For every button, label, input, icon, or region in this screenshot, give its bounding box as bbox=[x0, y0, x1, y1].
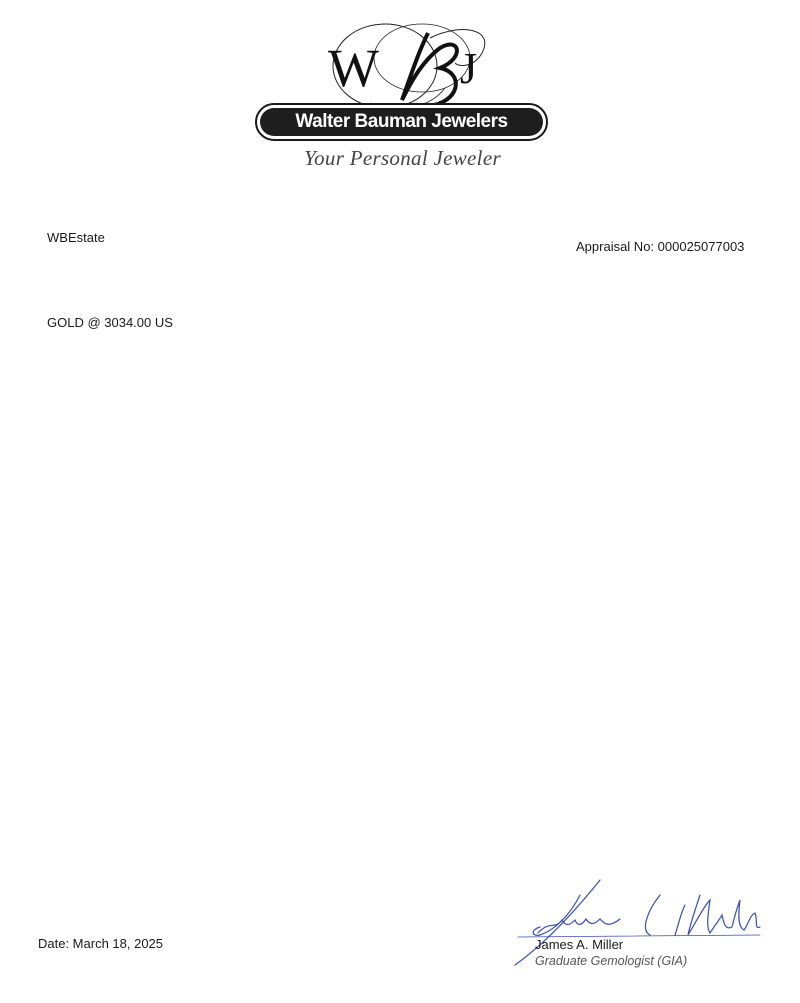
company-logo: W J Walter Bauman Jewelers Your Personal… bbox=[250, 10, 555, 180]
account-name: WBEstate bbox=[47, 230, 105, 245]
company-tagline: Your Personal Jeweler bbox=[250, 146, 555, 171]
signer-title: Graduate Gemologist (GIA) bbox=[535, 954, 687, 968]
wbj-monogram-icon: W J bbox=[310, 18, 500, 113]
company-name-banner: Walter Bauman Jewelers bbox=[255, 103, 548, 141]
svg-text:J: J bbox=[460, 44, 477, 93]
company-name: Walter Bauman Jewelers bbox=[295, 111, 507, 133]
gold-price: GOLD @ 3034.00 US bbox=[47, 315, 173, 330]
signer-name: James A. Miller bbox=[535, 937, 623, 952]
appraisal-number: Appraisal No: 000025077003 bbox=[576, 239, 744, 254]
svg-text:W: W bbox=[328, 38, 379, 98]
appraisal-date: Date: March 18, 2025 bbox=[38, 936, 163, 951]
